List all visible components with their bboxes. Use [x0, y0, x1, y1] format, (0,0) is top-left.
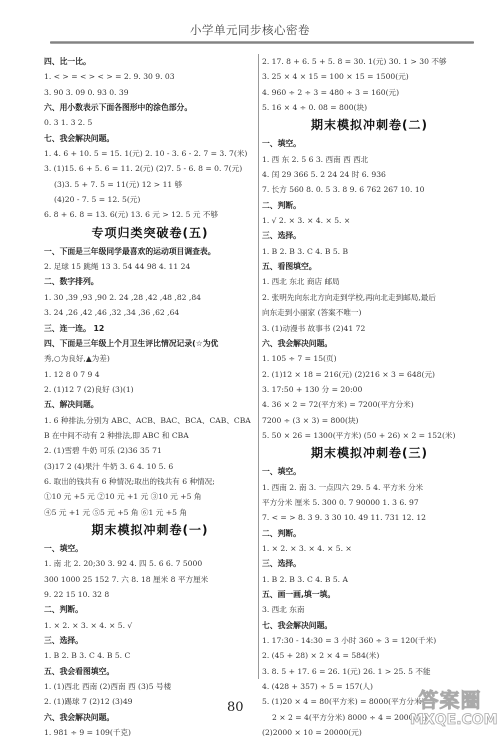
- question-heading: 七、我会解决问题。: [44, 131, 256, 146]
- answer-line: 1. B 2. B 3. C 4. B 5. B: [262, 244, 477, 259]
- answer-line: 2. (1)12 7 (2)良好 (3)(1): [44, 382, 256, 397]
- answer-line: 1. 105 ÷ 7 = 15(页): [262, 351, 477, 366]
- answer-line: 4. 36 × 2 = 72(平方米) = 7200(平方分米): [262, 397, 477, 412]
- answer-line: (3)17 2 (4)果汁 牛奶 3. 6 4. 10 5. 6: [44, 459, 256, 474]
- answer-line: 2. (1)踢球 7 (2)12 (3)49: [44, 694, 256, 709]
- answer-line: 2. (1)雪碧 牛奶 可乐 (2)36 35 71: [44, 443, 256, 458]
- section-title: 期末模拟冲刺卷(二): [262, 115, 477, 136]
- column-divider: [258, 54, 259, 679]
- answer-line: 2. 17. 8 + 6. 5 + 5. 8 = 30. 1(元) 30. 1 …: [262, 54, 477, 69]
- answer-line: 1. 西北 东北 商店 邮局: [262, 274, 477, 289]
- question-heading: 三、选择。: [262, 228, 477, 243]
- question-heading: 二、判断。: [262, 198, 477, 213]
- answer-line: 4. 960 ÷ 2 ÷ 3 = 480 ÷ 3 = 160(元): [262, 85, 477, 100]
- question-heading: 三、连一连。 12: [44, 321, 256, 336]
- answer-line: 3. 西北 东南: [262, 602, 477, 617]
- answer-line: 1. √ 2. × 3. × 4. × 5. ×: [262, 213, 477, 228]
- question-heading: 二、判断。: [262, 526, 477, 541]
- answer-line: 1. 981 ÷ 9 = 109(千克): [44, 725, 256, 740]
- answer-line: 6. 8 + 6. 8 = 13. 6(元) 13. 6 元 > 12. 5 元…: [44, 207, 256, 222]
- answer-line: (3)3. 5 + 7. 5 = 11(元) 12 > 11 够: [44, 177, 256, 192]
- answer-line: B 在中间不动有 2 种排法,即 ABC 和 CBA: [44, 428, 256, 443]
- answer-line: 1. B 2. B 3. C 4. B 5. A: [262, 572, 477, 587]
- answer-line: 7. < = > 8. 3 9. 3 30 10. 49 11. 731 12.…: [262, 510, 477, 525]
- question-heading: 六、我会解决问题。: [262, 336, 477, 351]
- question-heading: 五、看图填空。: [262, 259, 477, 274]
- answer-line: 3. (1)15. 6 + 5. 6 = 11. 2(元) (2)7. 5 - …: [44, 161, 256, 176]
- question-heading: 五、画一画,填一填。: [262, 587, 477, 602]
- answer-line: 300 1000 25 152 7. 六 8. 18 厘米 8 平方厘米: [44, 572, 256, 587]
- answer-line: 3. 8. 5 + 17. 6 = 26. 1(元) 26. 1 > 25. 5…: [262, 664, 477, 679]
- right-answer-column: 2. 17. 8 + 6. 5 + 5. 8 = 30. 1(元) 30. 1 …: [262, 54, 477, 740]
- answer-line: ④5 元 +1 元 ⑤5 元 +5 角 ⑥1 元 +5 角: [44, 505, 256, 520]
- question-heading: 二、数字排列。: [44, 274, 256, 289]
- answer-line: 1. 17:30 - 14:30 = 3 小时 360 ÷ 3 = 120(千米…: [262, 633, 477, 648]
- answer-line: 9. 22 15 10. 32 8: [44, 587, 256, 602]
- question-heading: 七、我会解决问题。: [262, 618, 477, 633]
- answer-line: 1. 6 种排法,分别为 ABC、ACB、BAC、BCA、CAB、CBA: [44, 413, 256, 428]
- question-heading: 六、用小数表示下面各图形中的涂色部分。: [44, 100, 256, 115]
- answer-line: 4. 闰 29 366 5. 2 24 24 时 6. 936: [262, 167, 477, 182]
- answer-line: 3. 17:50 + 130 分 = 20:00: [262, 382, 477, 397]
- header-divider: [50, 41, 474, 44]
- answer-line: 1. × 2. × 3. × 4. × 5. √: [44, 618, 256, 633]
- watermark-logo: 答案圈 MXQE.COM: [410, 688, 490, 728]
- question-heading: 一、填空。: [44, 541, 256, 556]
- page-header-title: 小学单元同步核心密卷: [0, 22, 500, 38]
- section-title: 期末模拟冲刺卷(一): [44, 520, 256, 541]
- watermark-top-text: 答案圈: [410, 688, 490, 712]
- answer-line: 3. 24 ,26 ,42 ,46 ,32 ,34 ,36 ,62 ,64: [44, 305, 256, 320]
- answer-line: 平方分米 厘米 5. 300 0. 7 90000 1. 3 6. 97: [262, 495, 477, 510]
- answer-line: 3. 25 × 4 × 15 = 100 × 15 = 1500(元): [262, 69, 477, 84]
- answer-line: 1. 西 东 2. 5 6 3. 西南 西 西北: [262, 152, 477, 167]
- answer-line: ①10 元 +5 元 ②10 元 +1 元 ③10 元 +5 角: [44, 489, 256, 504]
- answer-line: 1. 30 ,39 ,93 ,90 2. 24 ,28 ,42 ,48 ,82 …: [44, 290, 256, 305]
- question-heading: 三、选择。: [262, 556, 477, 571]
- answer-line: 1. B 2. B 3. C 4. B 5. C: [44, 648, 256, 663]
- answer-line: 秀,○为良好,▲为差): [44, 351, 256, 366]
- question-heading: 三、选择。: [44, 633, 256, 648]
- answer-line: 1. 南 北 2. 20;30 3. 92 4. 四 5. 6 6. 7 500…: [44, 556, 256, 571]
- answer-line: 1. (1)西北 西南 (2)西南 西 (3)5 号楼: [44, 679, 256, 694]
- left-answer-column: 四、比一比。1. < > = < > < > = 2. 9. 30 9. 033…: [44, 54, 256, 740]
- question-heading: 六、我会解决问题。: [44, 710, 256, 725]
- section-title: 期末模拟冲刺卷(三): [262, 443, 477, 464]
- answer-line: 3. 90 3. 09 0. 93 0. 39: [44, 85, 256, 100]
- answer-line: 2. 足球 15 跳绳 13 3. 54 44 98 4. 11 24: [44, 259, 256, 274]
- answer-line: 1. 西南 2. 南 3. 一点四六 29. 5 4. 平方米 分米: [262, 480, 477, 495]
- answer-line: 5. 16 × 4 ÷ 0. 08 = 800(块): [262, 100, 477, 115]
- question-heading: 二、判断。: [44, 602, 256, 617]
- page-number: 80: [227, 700, 244, 715]
- answer-line: 5. 50 × 26 = 1300(平方米) (50 + 26) × 2 = 1…: [262, 428, 477, 443]
- answer-line: 1. 12 8 0 7 9 4: [44, 367, 256, 382]
- answer-line: 0. 3 1. 3 2. 5: [44, 115, 256, 130]
- answer-line: 7200 ÷ (3 × 3) = 800(块): [262, 413, 477, 428]
- answer-line: 2. (1)12 × 18 = 216(元) (2)216 × 3 = 648(…: [262, 367, 477, 382]
- answer-line: 1. < > = < > < > = 2. 9. 30 9. 03: [44, 69, 256, 84]
- answer-line: 向东走到小丽家 (答案不唯一): [262, 305, 477, 320]
- question-heading: 四、下面是三年级上个月卫生评比情况记录(☆为优: [44, 336, 256, 351]
- question-heading: 四、比一比。: [44, 54, 256, 69]
- answer-line: 1. 4. 6 + 10. 5 = 15. 1(元) 2. 10 - 3. 6 …: [44, 146, 256, 161]
- answer-line: 2. 张明先向东北方向走到学校,再向北走到邮局,最后: [262, 290, 477, 305]
- watermark-bottom-text: MXQE.COM: [410, 712, 490, 728]
- question-heading: 一、填空。: [262, 136, 477, 151]
- question-heading: 一、填空。: [262, 464, 477, 479]
- question-heading: 一、下面是三年级同学最喜欢的运动项目调查表。: [44, 244, 256, 259]
- answer-line: 2. (45 + 28) × 2 × 4 = 584(米): [262, 648, 477, 663]
- question-heading: 五、解决问题。: [44, 397, 256, 412]
- answer-line: 1. × 2. × 3. × 4. × 5. ×: [262, 541, 477, 556]
- question-heading: 五、我会看图填空。: [44, 664, 256, 679]
- answer-line: 3. (1)动漫书 故事书 (2)41 72: [262, 321, 477, 336]
- answer-line: 6. 取出的钱共有 6 种情况;取出的钱共有 6 种情况;: [44, 474, 256, 489]
- section-title: 专项归类突破卷(五): [44, 223, 256, 244]
- answer-line: 7. 长方 560 8. 0. 5 3. 8 9. 6 762 267 10. …: [262, 182, 477, 197]
- answer-line: (4)20 - 7. 5 = 12. 5(元): [44, 192, 256, 207]
